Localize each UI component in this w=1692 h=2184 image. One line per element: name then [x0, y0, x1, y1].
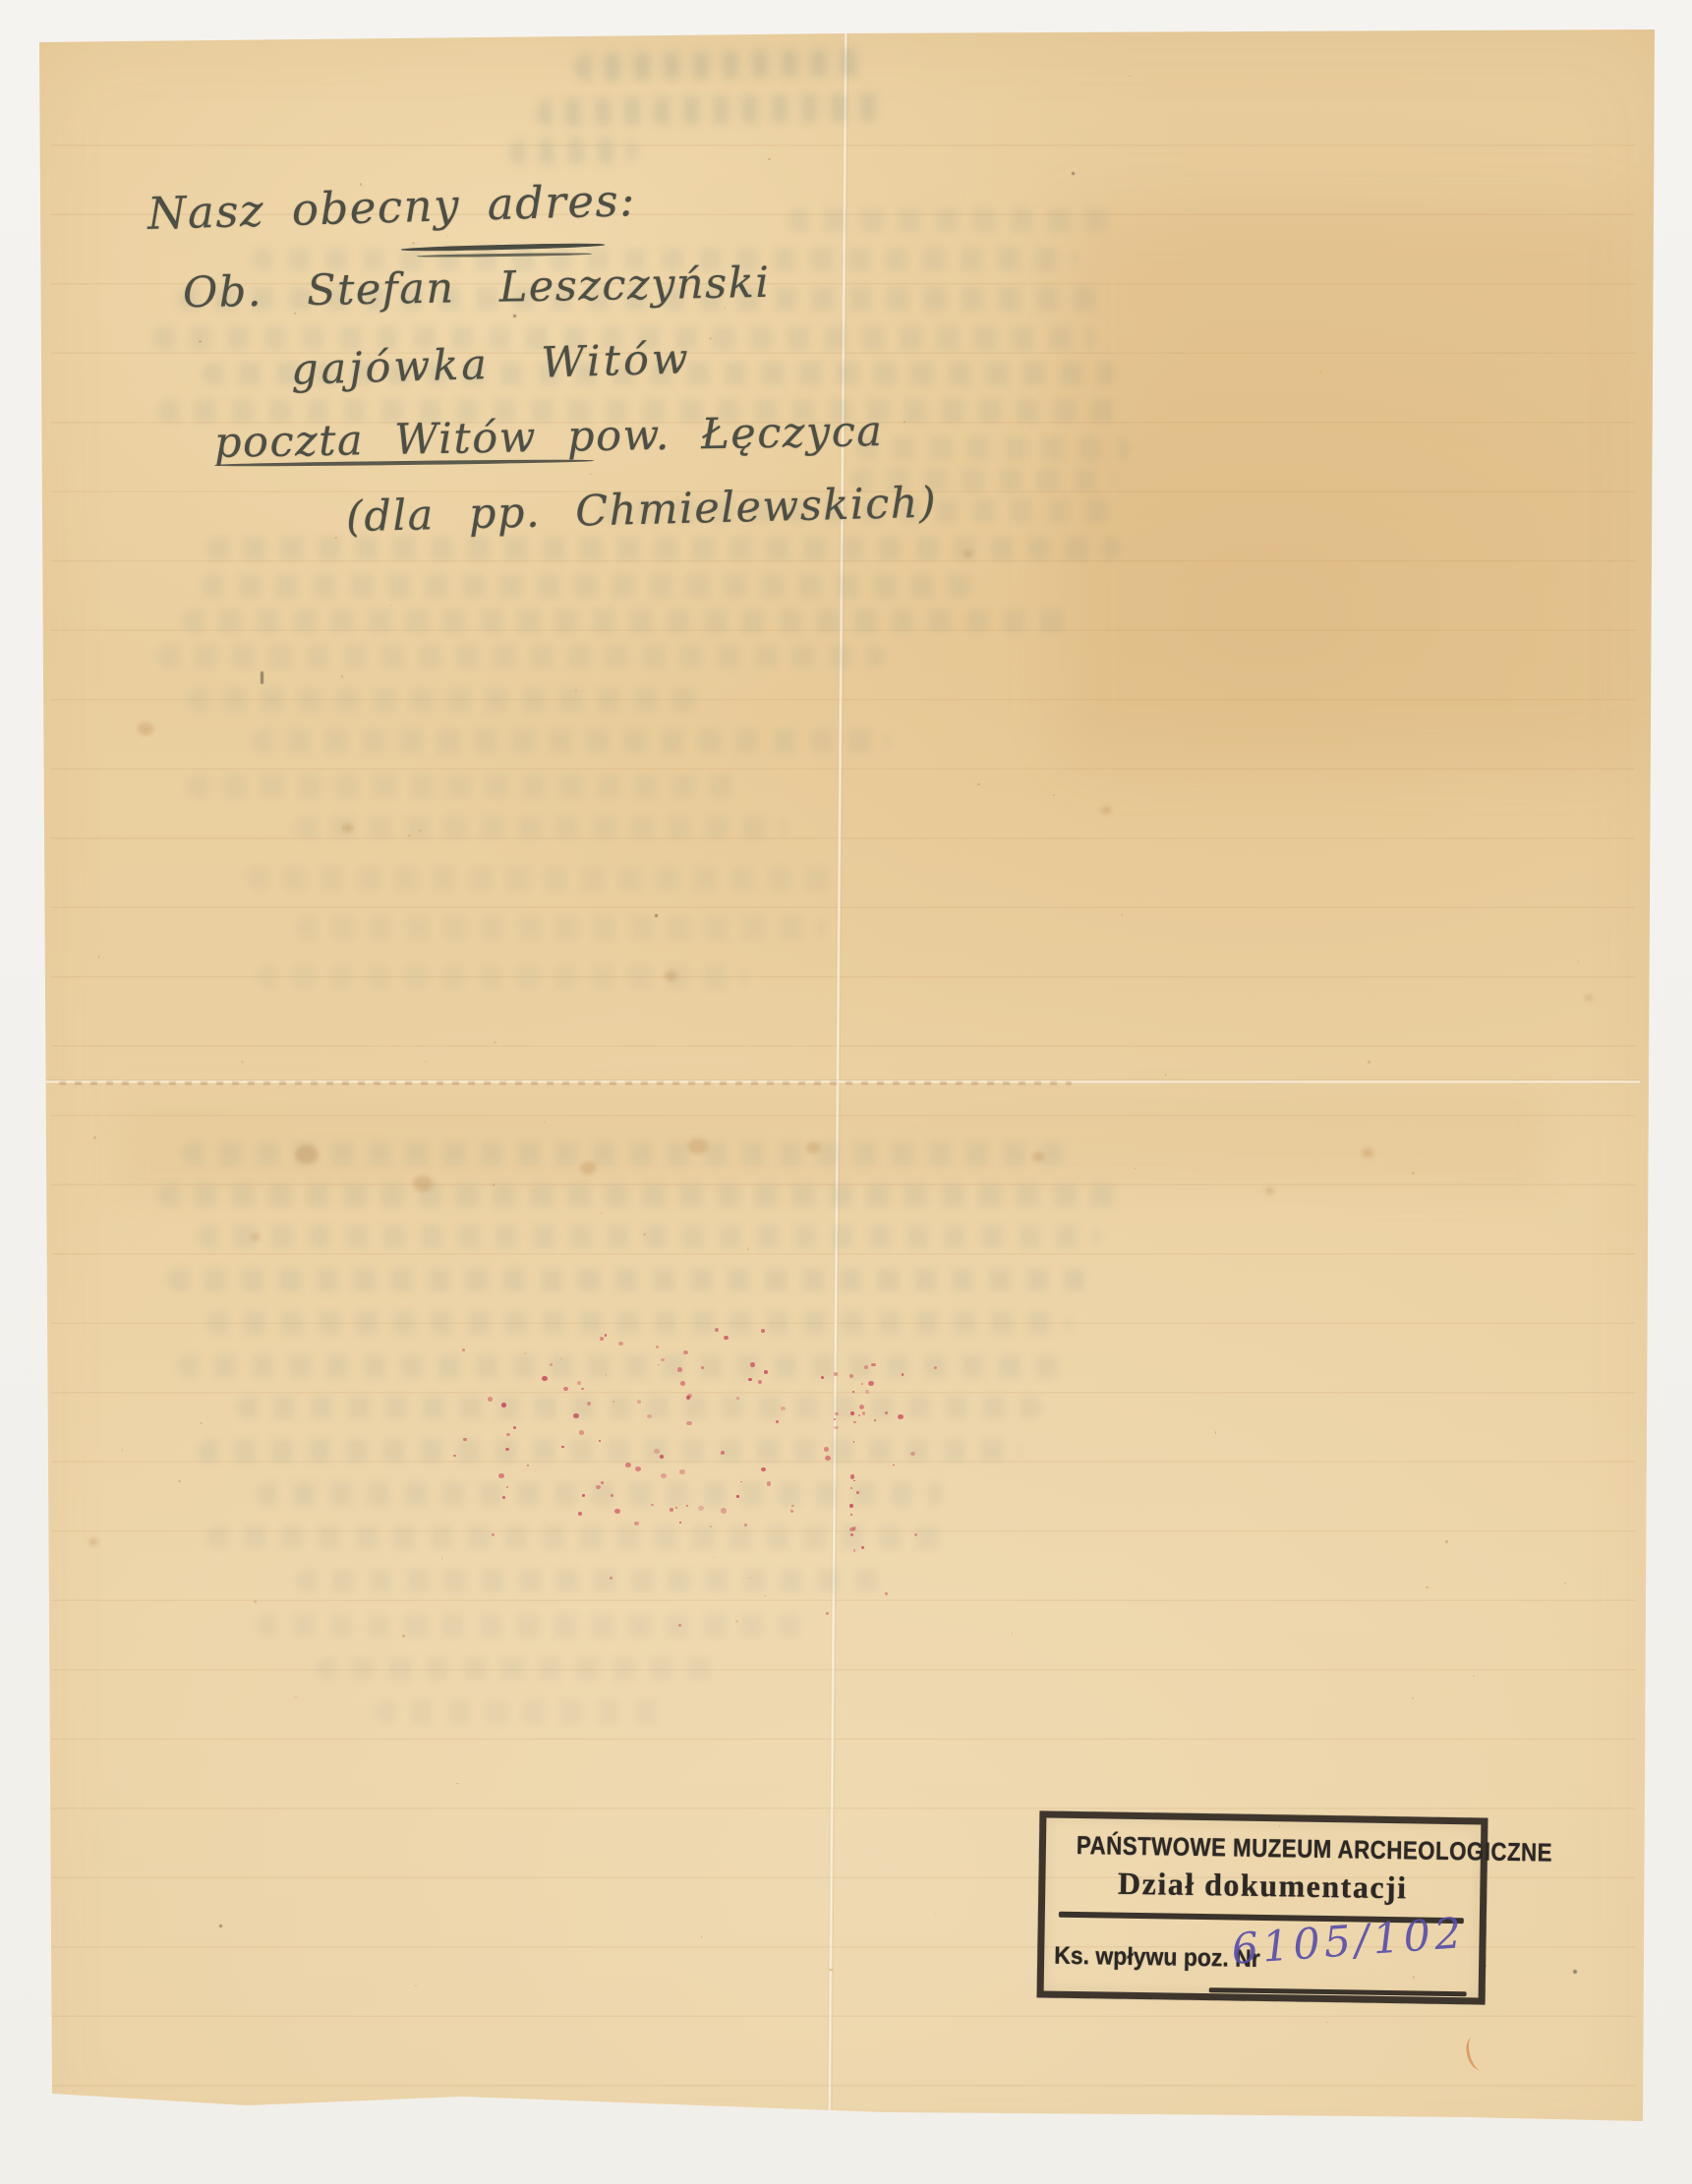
decor-mark: [898, 1414, 903, 1419]
decor-mark: [1130, 1043, 1132, 1044]
decor-mark: [412, 242, 415, 245]
decor-mark: [910, 1452, 915, 1456]
decor-mark: [643, 1234, 646, 1236]
decor-mark: [767, 1481, 772, 1485]
decor-mark: [859, 1405, 864, 1409]
decor-mark: [509, 137, 637, 166]
decor-mark: [735, 1620, 738, 1623]
decor-mark: [750, 1362, 755, 1367]
decor-mark: [241, 1061, 243, 1063]
decor-mark: [715, 1328, 719, 1332]
decor-mark: [821, 1376, 825, 1379]
decor-mark: [874, 1419, 876, 1421]
decor-mark: [736, 1397, 739, 1400]
decor-mark: [861, 1383, 863, 1385]
decor-mark: [219, 1925, 222, 1927]
decor-mark: [806, 1142, 820, 1153]
decor-mark: [660, 1455, 664, 1458]
decor-mark: [295, 916, 826, 940]
decor-mark: [560, 1358, 562, 1360]
decor-mark: [776, 1420, 779, 1423]
decor-mark: [713, 1557, 715, 1558]
decor-mark: [724, 1336, 729, 1341]
decor-mark: [93, 1136, 96, 1139]
decor-mark: [849, 1527, 853, 1531]
decor-mark: [748, 1378, 751, 1381]
decor-mark: [634, 1522, 639, 1526]
decor-mark: [1134, 1168, 1137, 1169]
decor-mark: [768, 158, 771, 160]
decor-mark: [402, 1635, 405, 1638]
decor-mark: [581, 1388, 583, 1390]
decor-mark: [680, 1381, 685, 1386]
decor-mark: [315, 1657, 728, 1681]
decor-mark: [935, 1914, 936, 1916]
decor-mark: [1573, 1970, 1577, 1974]
decor-mark: [934, 1366, 937, 1369]
decor-mark: [1445, 1540, 1447, 1543]
decor-mark: [1325, 2022, 1328, 2023]
decor-mark: [1053, 794, 1055, 796]
decor-mark: [744, 1523, 747, 1526]
decor-mark: [850, 1487, 852, 1489]
decor-mark: [661, 1473, 667, 1478]
decor-mark: [655, 914, 658, 917]
decor-mark: [513, 1426, 516, 1429]
decor-mark: [577, 1381, 581, 1384]
decor-mark: [1362, 1148, 1373, 1158]
decor-mark: [251, 1234, 260, 1240]
decor-mark: [977, 783, 980, 785]
decor-mark: [506, 1433, 510, 1436]
decor-mark: [661, 1358, 665, 1361]
decor-mark: [493, 1183, 495, 1186]
decor-mark: [686, 1421, 691, 1426]
decor-mark: [885, 1592, 888, 1595]
address-line-name: Ob. Stefan Leszczyński: [183, 262, 771, 315]
decor-mark: [855, 436, 1131, 460]
decor-mark: [709, 337, 712, 339]
decor-mark: [462, 1349, 465, 1351]
decor-mark: [494, 1041, 496, 1044]
decor-mark: [524, 1352, 527, 1354]
decor-mark: [850, 1411, 855, 1416]
decor-mark: [781, 1407, 786, 1411]
decor-mark: [861, 1546, 864, 1549]
decor-mark: [241, 1080, 242, 1081]
decor-mark: [334, 537, 337, 538]
decor-mark: [1426, 1586, 1429, 1588]
decor-mark: [688, 1138, 708, 1154]
decor-mark: [1578, 960, 1579, 961]
decor-mark: [764, 1370, 768, 1374]
decor-mark: [761, 1467, 766, 1471]
decor-mark: [856, 1491, 859, 1494]
decor-mark: [606, 1374, 608, 1376]
decor-mark: [605, 1334, 608, 1336]
decor-mark: [761, 1329, 765, 1333]
decor-mark: [261, 671, 263, 684]
decor-mark: [1129, 76, 1131, 77]
decor-mark: [740, 1481, 742, 1483]
decor-mark: [1072, 172, 1075, 175]
decor-mark: [850, 1533, 853, 1536]
decor-mark: [182, 609, 1067, 633]
museum-stamp: PAŃSTWOWE MUZEUM ARCHEOLOGICZNE Dział do…: [1037, 1810, 1488, 2004]
decor-mark: [1368, 1061, 1371, 1063]
decor-mark: [578, 1512, 583, 1516]
decor-mark: [573, 1413, 579, 1418]
decor-mark: [1215, 1431, 1217, 1434]
decor-mark: [251, 729, 890, 753]
decor-mark: [575, 689, 576, 692]
decor-mark: [853, 1421, 856, 1424]
decor-mark: [295, 816, 787, 839]
decor-mark: [675, 1507, 677, 1509]
decor-mark: [963, 550, 972, 557]
decor-mark: [178, 1480, 181, 1482]
decor-mark: [721, 1451, 725, 1455]
decor-mark: [374, 1700, 669, 1724]
decor-mark: [1012, 1633, 1013, 1635]
address-heading-prefix: Nasz obecny: [146, 178, 488, 240]
decor-mark: [853, 1441, 855, 1443]
decor-mark: [513, 315, 516, 317]
decor-mark: [488, 1397, 493, 1402]
decor-mark: [236, 1396, 1042, 1419]
decor-mark: [835, 1412, 839, 1415]
decor-mark: [425, 1061, 427, 1062]
decor-mark: [600, 1213, 602, 1214]
decor-mark: [167, 1268, 1091, 1292]
decor-mark: [1265, 1187, 1274, 1194]
decor-mark: [1319, 371, 1322, 373]
decor-mark: [187, 688, 698, 712]
decor-mark: [295, 1145, 319, 1164]
decor-mark: [1463, 2035, 1489, 2072]
decor-mark: [575, 48, 870, 81]
decor-mark: [533, 1190, 536, 1191]
decor-mark: [295, 1569, 885, 1592]
decor-mark: [199, 340, 202, 343]
decor-mark: [256, 965, 747, 989]
address-line-post: poczta Witów pow. Łęczyca: [214, 411, 884, 465]
decor-mark: [138, 722, 153, 735]
decor-mark: [88, 1538, 98, 1546]
decor-mark: [868, 1381, 874, 1386]
decor-mark: [686, 1396, 690, 1400]
decor-mark: [747, 1247, 749, 1249]
decor-mark: [456, 1783, 459, 1784]
decor-mark: [550, 1363, 554, 1366]
decor-mark: [506, 1486, 508, 1488]
decor-mark: [342, 824, 353, 833]
decor-mark: [157, 645, 885, 668]
decor-mark: [254, 1600, 256, 1603]
decor-mark: [902, 1373, 904, 1376]
decor-mark: [446, 236, 448, 237]
decor-mark: [246, 867, 836, 891]
decor-mark: [825, 1456, 831, 1461]
decor-mark: [654, 1449, 659, 1454]
decor-mark: [686, 1505, 688, 1507]
decor-mark: [710, 1525, 713, 1527]
decor-mark: [829, 1969, 832, 1971]
decor-mark: [826, 1612, 829, 1615]
decor-mark: [177, 1354, 1062, 1378]
decor-mark: [834, 1418, 836, 1420]
decor-mark: [463, 1438, 467, 1441]
address-heading-underlined-word: adres:: [487, 174, 636, 230]
decor-mark: [963, 199, 964, 200]
decor-mark: [791, 1505, 794, 1507]
stamp-number-underline: [1209, 1987, 1467, 1996]
decor-mark: [256, 1482, 944, 1506]
stamp-institution: PAŃSTWOWE MUZEUM ARCHEOLOGICZNE: [1077, 1830, 1451, 1867]
decor-mark: [206, 1525, 954, 1549]
decor-mark: [197, 1439, 1022, 1463]
decor-mark: [637, 1400, 642, 1404]
decor-mark: [187, 775, 747, 798]
decor-mark: [415, 1985, 418, 1986]
decor-mark: [647, 1414, 652, 1418]
decor-mark: [256, 1614, 806, 1638]
decor-mark: [563, 1387, 568, 1391]
decor-mark: [635, 1466, 640, 1471]
decor-mark: [1412, 1697, 1415, 1700]
decor-mark: [658, 1364, 660, 1366]
decor-mark: [1101, 806, 1111, 814]
decor-mark: [679, 1469, 685, 1474]
decor-mark: [611, 1494, 613, 1497]
decor-mark: [600, 1337, 604, 1341]
decor-mark: [98, 955, 99, 958]
decor-mark: [122, 1449, 123, 1451]
decor-mark: [698, 1506, 704, 1511]
decor-mark: [687, 1394, 692, 1398]
decor-mark: [505, 1448, 509, 1451]
decor-mark: [850, 1514, 852, 1516]
address-heading: Nasz obecny adres:: [146, 178, 636, 236]
decor-mark: [596, 1485, 601, 1489]
scanned-document: Nasz obecny adres: Ob. Stefan Leszczyńsk…: [0, 0, 1692, 2184]
decor-mark: [824, 1447, 829, 1452]
decor-mark: [614, 1509, 620, 1514]
decor-mark: [1564, 1582, 1566, 1584]
decor-mark: [610, 1577, 613, 1580]
decor-mark: [200, 1422, 203, 1424]
decor-mark: [182, 1142, 1067, 1166]
decor-mark: [893, 1465, 895, 1466]
decor-mark: [1585, 995, 1593, 1001]
decor-mark: [544, 1121, 546, 1123]
decor-mark: [904, 421, 905, 423]
decor-mark: [858, 1414, 860, 1416]
decor-mark: [849, 1374, 853, 1378]
decor-mark: [852, 1391, 854, 1393]
decor-mark: [613, 1401, 614, 1403]
decor-mark: [1032, 1152, 1044, 1162]
address-line-place: gajówka Witów: [290, 338, 691, 391]
decor-mark: [1121, 914, 1123, 916]
decor-mark: [885, 1411, 888, 1414]
decor-mark: [683, 1351, 688, 1354]
address-post-rest: pow. Łęczyca: [536, 407, 883, 462]
decor-mark: [502, 1496, 505, 1499]
decor-mark: [914, 1533, 917, 1536]
decor-mark: [844, 605, 846, 606]
decor-mark: [419, 830, 422, 832]
decor-mark: [1165, 1073, 1166, 1076]
decor-mark: [758, 1380, 762, 1384]
decor-mark: [413, 1176, 433, 1191]
decor-mark: [1412, 1172, 1415, 1174]
decor-mark: [651, 1504, 653, 1506]
decor-mark: [1473, 1675, 1475, 1677]
decor-mark: [501, 1403, 506, 1408]
decor-mark: [587, 1402, 591, 1406]
decor-mark: [625, 1463, 630, 1467]
decor-mark: [527, 1465, 529, 1466]
decor-mark: [749, 1578, 750, 1579]
decor-mark: [853, 1480, 855, 1482]
decor-mark: [341, 675, 343, 678]
decor-mark: [852, 1526, 855, 1529]
decor-mark: [542, 1376, 548, 1381]
decor-mark: [579, 1430, 585, 1435]
decor-mark: [408, 834, 411, 836]
decor-mark: [701, 1366, 705, 1369]
decor-mark: [834, 1426, 838, 1430]
decor-mark: [865, 1390, 869, 1393]
decor-mark: [764, 1595, 767, 1596]
decor-mark: [721, 1508, 727, 1513]
decor-mark: [790, 1510, 793, 1513]
letter-sheet: Nasz obecny adres: Ob. Stefan Leszczyńsk…: [0, 0, 1692, 2184]
decor-mark: [787, 208, 1111, 232]
decor-mark: [589, 473, 592, 475]
decor-mark: [701, 1935, 703, 1938]
decor-mark: [871, 1363, 875, 1367]
decor-mark: [599, 1440, 601, 1442]
decor-mark: [601, 1481, 604, 1484]
decor-mark: [656, 1346, 659, 1349]
decor-mark: [206, 537, 1121, 560]
decor-mark: [294, 1696, 297, 1699]
decor-mark: [834, 1372, 838, 1376]
decor-mark: [498, 1473, 504, 1478]
decor-mark: [390, 604, 391, 606]
decor-mark: [492, 1533, 495, 1536]
decor-mark: [864, 1365, 869, 1369]
stamp-department: Dział dokumentacji: [1045, 1865, 1481, 1908]
decor-mark: [582, 1494, 585, 1497]
decor-mark: [678, 1624, 681, 1627]
decor-mark: [862, 1411, 865, 1414]
decor-mark: [850, 1474, 854, 1478]
decor-mark: [665, 971, 677, 981]
decor-mark: [679, 1522, 681, 1523]
decor-mark: [580, 1162, 596, 1175]
decor-mark: [197, 1225, 1101, 1248]
decor-mark: [677, 1367, 682, 1371]
decor-mark: [618, 1342, 622, 1346]
decor-mark: [849, 1504, 853, 1508]
decor-mark: [441, 1557, 442, 1560]
decor-mark: [202, 574, 978, 598]
decor-mark: [157, 1183, 1121, 1207]
decor-mark: [206, 1311, 1072, 1335]
decor-mark: [561, 1446, 564, 1449]
stamp-registry-label: Ks. wpływu poz. Nr: [1054, 1942, 1260, 1974]
decor-mark: [853, 1549, 856, 1552]
decor-mark: [453, 1455, 456, 1457]
decor-mark: [536, 93, 890, 127]
decor-mark: [670, 1508, 673, 1512]
decor-mark: [736, 1495, 739, 1497]
